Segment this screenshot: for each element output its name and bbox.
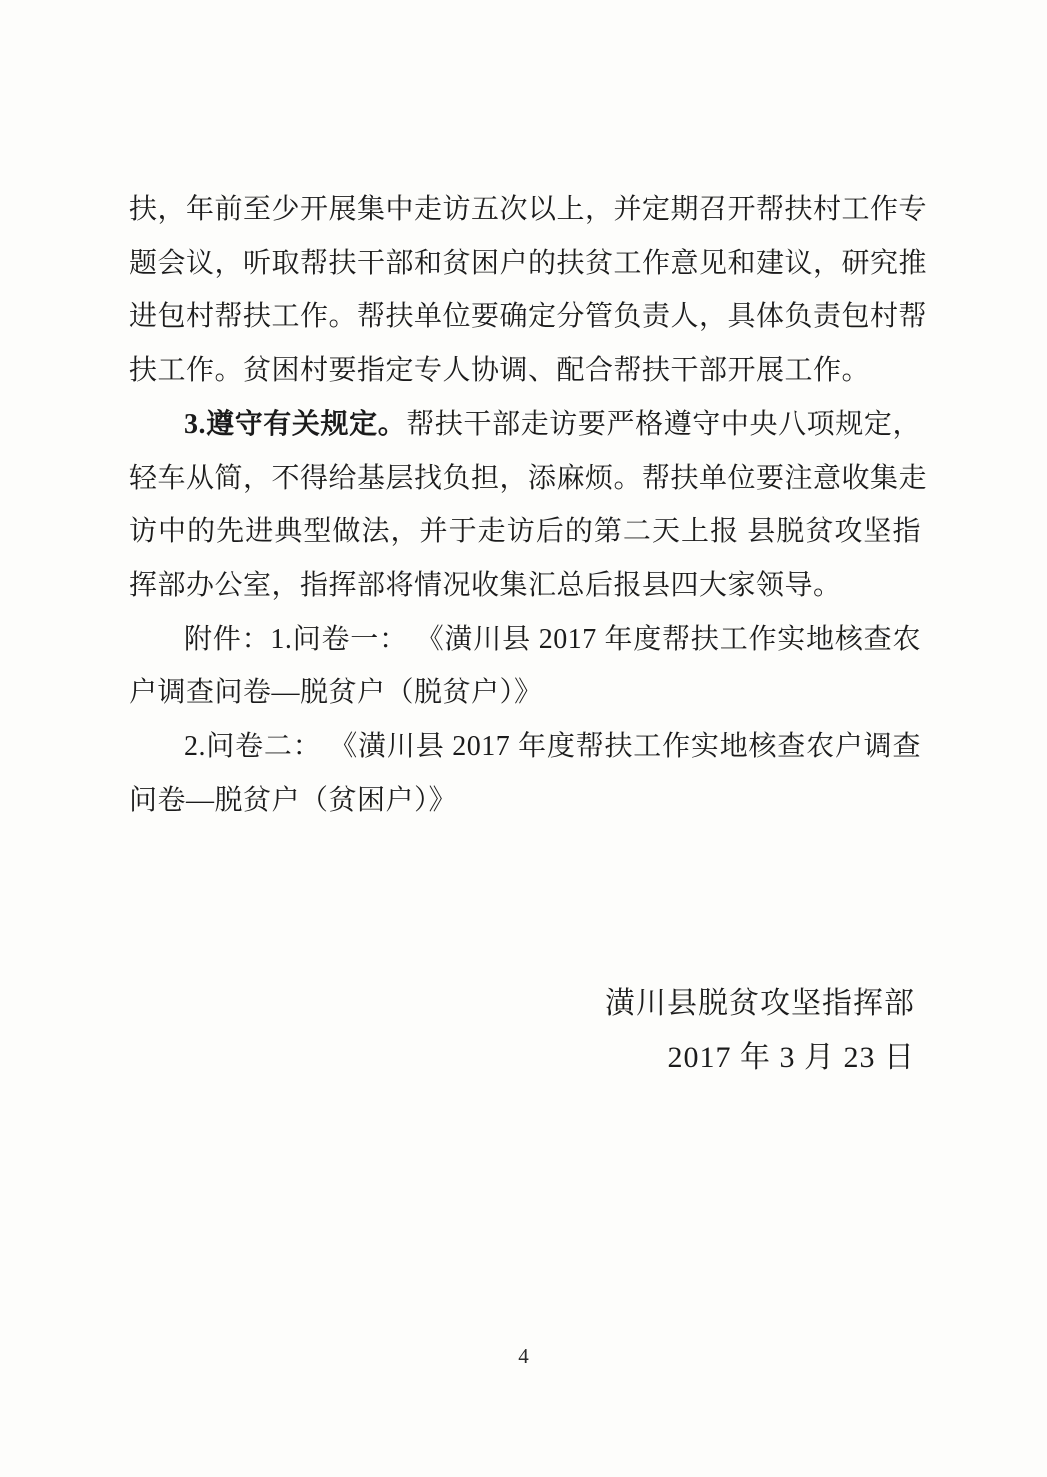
- body-line: 扶工作。贫困村要指定专人协调、配合帮扶干部开展工作。: [129, 344, 921, 398]
- body-line-attachment-2: 2.问卷二： 《潢川县 2017 年度帮扶工作实地核查农户调查: [129, 720, 921, 774]
- body-line: 进包村帮扶工作。帮扶单位要确定分管负责人，具体负责包村帮: [129, 290, 921, 344]
- signature-date: 2017 年 3 月 23 日: [605, 1031, 915, 1085]
- body-line: 轻车从简，不得给基层找负担，添麻烦。帮扶单位要注意收集走: [129, 452, 921, 506]
- document-page: 扶，年前至少开展集中走访五次以上，并定期召开帮扶村工作专 题会议，听取帮扶干部和…: [0, 0, 1047, 1477]
- signature-block: 潢川县脱贫攻坚指挥部 2017 年 3 月 23 日: [605, 977, 915, 1085]
- body-line-attachment-2-cont: 问卷—脱贫户（贫困户）》: [129, 774, 921, 828]
- body-line-attachment-1: 附件：1.问卷一： 《潢川县 2017 年度帮扶工作实地核查农: [129, 613, 921, 667]
- body-line: 扶，年前至少开展集中走访五次以上，并定期召开帮扶村工作专: [129, 183, 921, 237]
- page-number: 4: [0, 1344, 1047, 1369]
- body-line: 挥部办公室，指挥部将情况收集汇总后报县四大家领导。: [129, 559, 921, 613]
- document-body: 扶，年前至少开展集中走访五次以上，并定期召开帮扶村工作专 题会议，听取帮扶干部和…: [129, 183, 921, 827]
- section-heading-bold-text: 3.遵守有关规定。: [184, 409, 406, 440]
- body-line: 题会议，听取帮扶干部和贫困户的扶贫工作意见和建议，研究推: [129, 237, 921, 291]
- body-text: 帮扶干部走访要严格遵守中央八项规定，: [406, 409, 921, 440]
- body-line: 访中的先进典型做法，并于走访后的第二天上报 县脱贫攻坚指: [129, 505, 921, 559]
- body-line-section-heading: 3.遵守有关规定。帮扶干部走访要严格遵守中央八项规定，: [129, 398, 921, 452]
- body-line-attachment-1-cont: 户调查问卷—脱贫户（脱贫户）》: [129, 666, 921, 720]
- signature-organization: 潢川县脱贫攻坚指挥部: [605, 977, 915, 1031]
